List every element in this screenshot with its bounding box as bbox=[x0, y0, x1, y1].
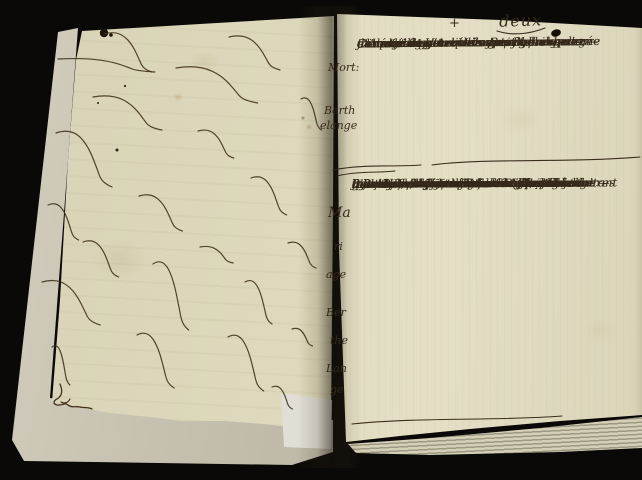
margin-note-age: age bbox=[326, 268, 346, 281]
signatures: anatoi legenevois george arquez bbox=[364, 34, 585, 52]
margin-note-ber: Ber bbox=[326, 306, 346, 319]
margin-note-ge: ge bbox=[330, 383, 344, 396]
closing-underline bbox=[352, 416, 562, 424]
right-page-pen-marks bbox=[0, 0, 642, 480]
text-line: laboureur demeurant a St Vit, et bbox=[352, 176, 549, 192]
separator-squiggle bbox=[432, 157, 640, 165]
separator-squiggle bbox=[337, 171, 395, 176]
page-number-word: deux bbox=[499, 10, 543, 30]
margin-note-ri: ri bbox=[334, 240, 343, 253]
margin-note-elange: elange bbox=[320, 119, 357, 132]
separator-squiggle bbox=[333, 165, 421, 170]
book-photo: + deux Mort: Berth elange Ma ri age Ber … bbox=[0, 0, 642, 480]
margin-note-berth: Berth bbox=[324, 104, 355, 117]
margin-note-mort: Mort: bbox=[328, 61, 359, 74]
margin-note-ma: Ma bbox=[328, 205, 351, 221]
margin-note-lan: Lan bbox=[326, 362, 347, 375]
margin-note-the: the bbox=[330, 334, 348, 347]
cross-mark: + bbox=[449, 16, 460, 31]
